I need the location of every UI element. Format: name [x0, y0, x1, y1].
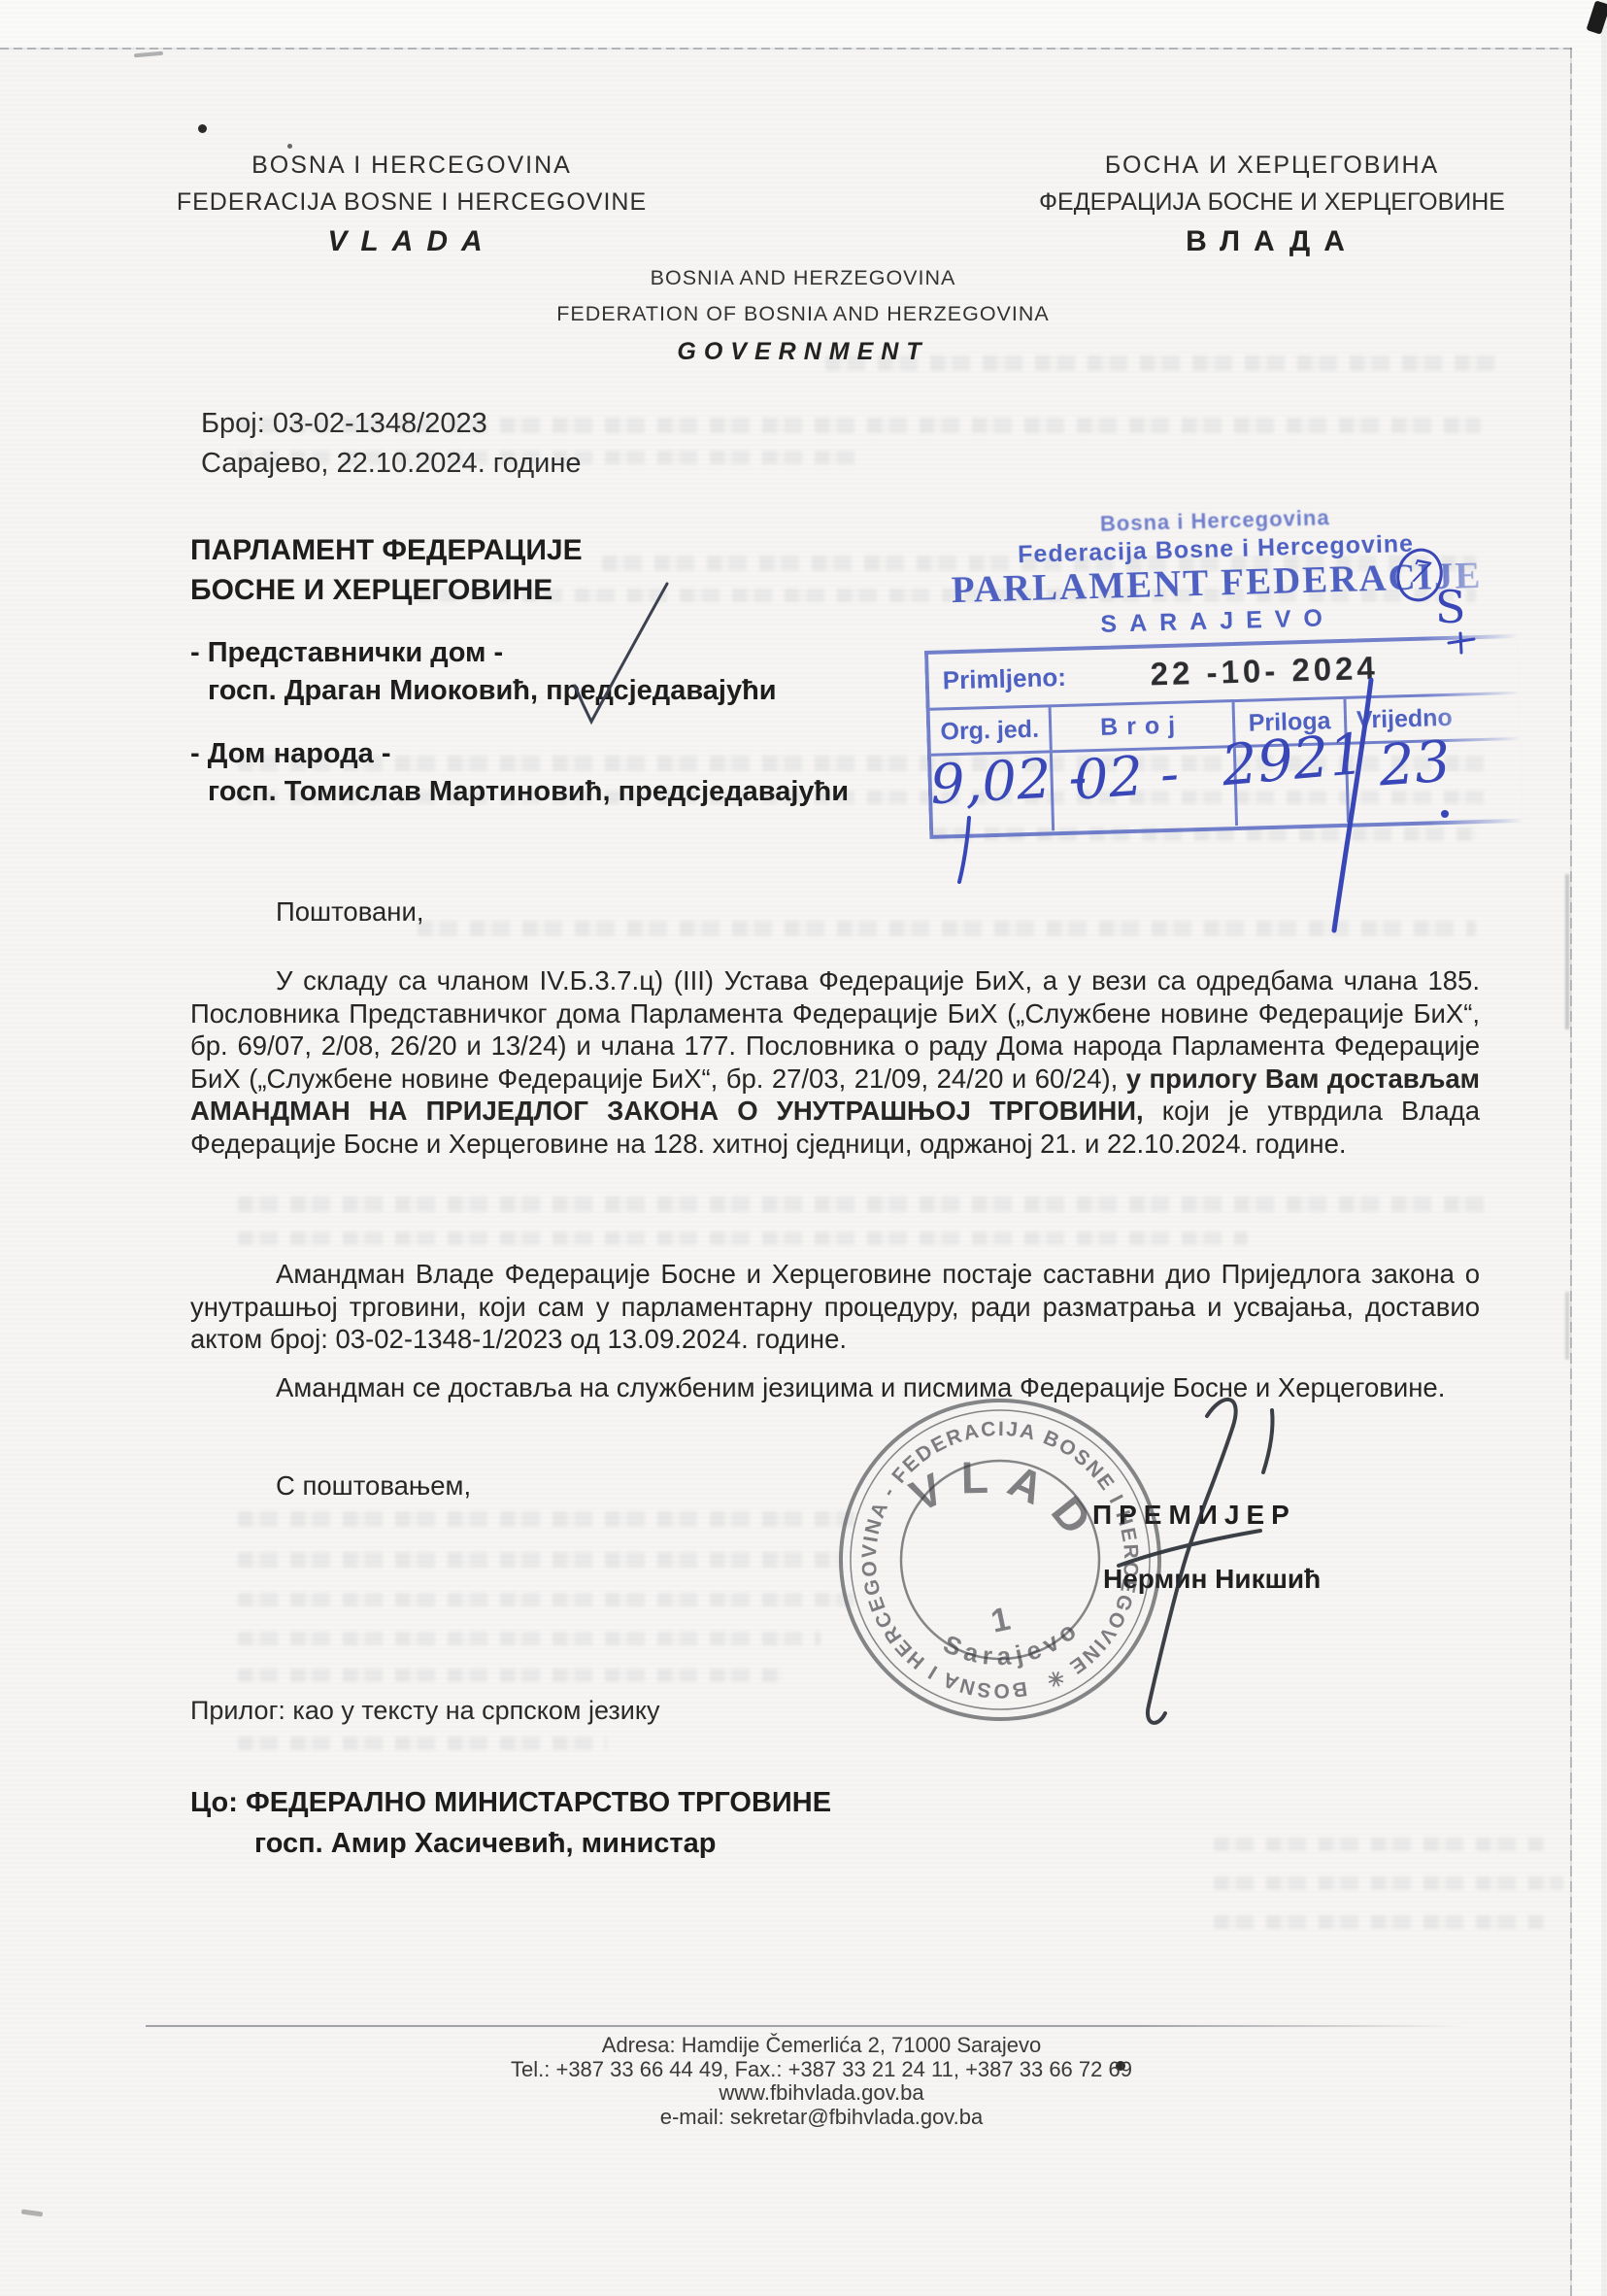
bleed-through-artifact [238, 1232, 1248, 1245]
letterhead-right-entity: ФЕДЕРАЦИЈА БОСНЕ И ХЕРЦЕГОВИНЕ [1020, 188, 1524, 217]
footer-address: Adresa: Hamdije Čemerlića 2, 71000 Saraj… [190, 2034, 1453, 2058]
cc-minister: госп. Амир Хасичевић, министар [254, 1828, 716, 1860]
scanned-letter-page: BOSNA I HERCEGOVINA FEDERACIJA BOSNE I H… [0, 0, 1607, 2296]
round-government-stamp: BOSNA I HERCEGOVINA - FEDERACIJA BOSNE I… [802, 1362, 1198, 1758]
recipient-title-line1: ПАРЛАМЕНТ ФЕДЕРАЦИЈЕ [190, 534, 849, 567]
bleed-through-artifact [1214, 1876, 1563, 1890]
cc-ministry: Цо: ФЕДЕРАЛНО МИНИСТАРСТВО ТРГОВИНЕ [190, 1787, 831, 1819]
paragraph-2: Амандман Владе Федерације Босне и Херцег… [190, 1258, 1480, 1356]
bleed-through-artifact [238, 1669, 782, 1682]
scan-speck [21, 2209, 43, 2216]
scan-edge-vertical-line [1570, 48, 1572, 2296]
letterhead-right-institution: ВЛАДА [1020, 225, 1524, 258]
recipient-house2-person: госп. Томислав Мартиновић, предсједавају… [208, 776, 849, 808]
recipient-block: ПАРЛАМЕНТ ФЕДЕРАЦИЈЕ БОСНЕ И ХЕРЦЕГОВИНЕ… [190, 534, 849, 808]
letterhead-center-country: BOSNIA AND HERZEGOVINA [551, 266, 1055, 290]
bleed-through-artifact [1214, 1915, 1544, 1929]
recipient-house1-person: госп. Драган Миоковић, предсједавајући [208, 675, 849, 707]
footer-website: www.fbihvlada.gov.ba [190, 2081, 1453, 2106]
reference-block: Број: 03-02-1348/2023 Сарајево, 22.10.20… [201, 408, 582, 480]
salutation: Поштовани, [190, 895, 1480, 929]
bleed-through-artifact [238, 1737, 607, 1750]
paragraph-1: У складу са чланом IV.Б.3.7.ц) (III) Уст… [190, 964, 1480, 1160]
bleed-through-artifact [238, 1197, 1486, 1212]
scan-speck [198, 124, 207, 133]
letterhead-center-institution: GOVERNMENT [551, 338, 1055, 366]
letterhead-center-entity: FEDERATION OF BOSNIA AND HERZEGOVINA [551, 302, 1055, 326]
bleed-through-artifact [238, 1511, 859, 1527]
handwritten-pen-strokes [903, 524, 1505, 952]
handwritten-checkmark [558, 568, 685, 738]
closing-salutation: С поштовањем, [276, 1469, 471, 1503]
scan-edge-smudge [1565, 1292, 1569, 1360]
recipient-house2-label: - Дом народа - [190, 738, 849, 770]
round-stamp-ring-text: BOSNA I HERCEGOVINA - FEDERACIJA BOSNE I… [832, 1392, 1169, 1729]
letterhead-left-institution: VLADA [159, 225, 664, 258]
letterhead-left-entity: FEDERACIJA BOSNE I HERCEGOVINE [159, 188, 664, 217]
recipient-title-line2: БОСНЕ И ХЕРЦЕГОВИНЕ [190, 574, 849, 607]
attachment-note: Прилог: као у тексту на српском језику [190, 1696, 660, 1726]
bleed-through-artifact [238, 1593, 859, 1606]
letterhead-center: BOSNIA AND HERZEGOVINA FEDERATION OF BOS… [551, 266, 1055, 366]
scan-speck [287, 144, 292, 149]
svg-text:BOSNA I HERCEGOVINA - FEDERACI: BOSNA I HERCEGOVINA - FEDERACIJA BOSNE I… [832, 1392, 1169, 1729]
bleed-through-artifact [238, 1552, 840, 1568]
scan-edge-horizontal-line [0, 48, 1572, 50]
scan-edge-smudge [1565, 874, 1569, 1030]
bleed-through-artifact [238, 1632, 820, 1645]
footer-email: e-mail: sekretar@fbihvlada.gov.ba [190, 2106, 1453, 2130]
round-stamp-number: 1 [988, 1601, 1013, 1640]
scan-margin-top [0, 0, 1607, 49]
footer-block: Adresa: Hamdije Čemerlića 2, 71000 Saraj… [190, 2034, 1453, 2129]
bleed-through-artifact [1214, 1838, 1544, 1851]
recipient-house1-label: - Представнички дом - [190, 637, 849, 669]
letterhead-left-country: BOSNA I HERCEGOVINA [159, 152, 664, 180]
reference-number: Број: 03-02-1348/2023 [201, 408, 582, 440]
footer-rule [146, 2025, 1466, 2027]
letterhead-right: БОСНА И ХЕРЦЕГОВИНА ФЕДЕРАЦИЈА БОСНЕ И Х… [1020, 152, 1524, 258]
footer-phones: Tel.: +387 33 66 44 49, Fax.: +387 33 21… [190, 2058, 1453, 2082]
scan-speck [134, 51, 163, 58]
letterhead-right-country: БОСНА И ХЕРЦЕГОВИНА [1020, 152, 1524, 180]
reference-place-date: Сарајево, 22.10.2024. године [201, 448, 582, 480]
letterhead-left: BOSNA I HERCEGOVINA FEDERACIJA BOSNE I H… [159, 152, 664, 258]
scan-edge-shade [1601, 0, 1607, 2296]
